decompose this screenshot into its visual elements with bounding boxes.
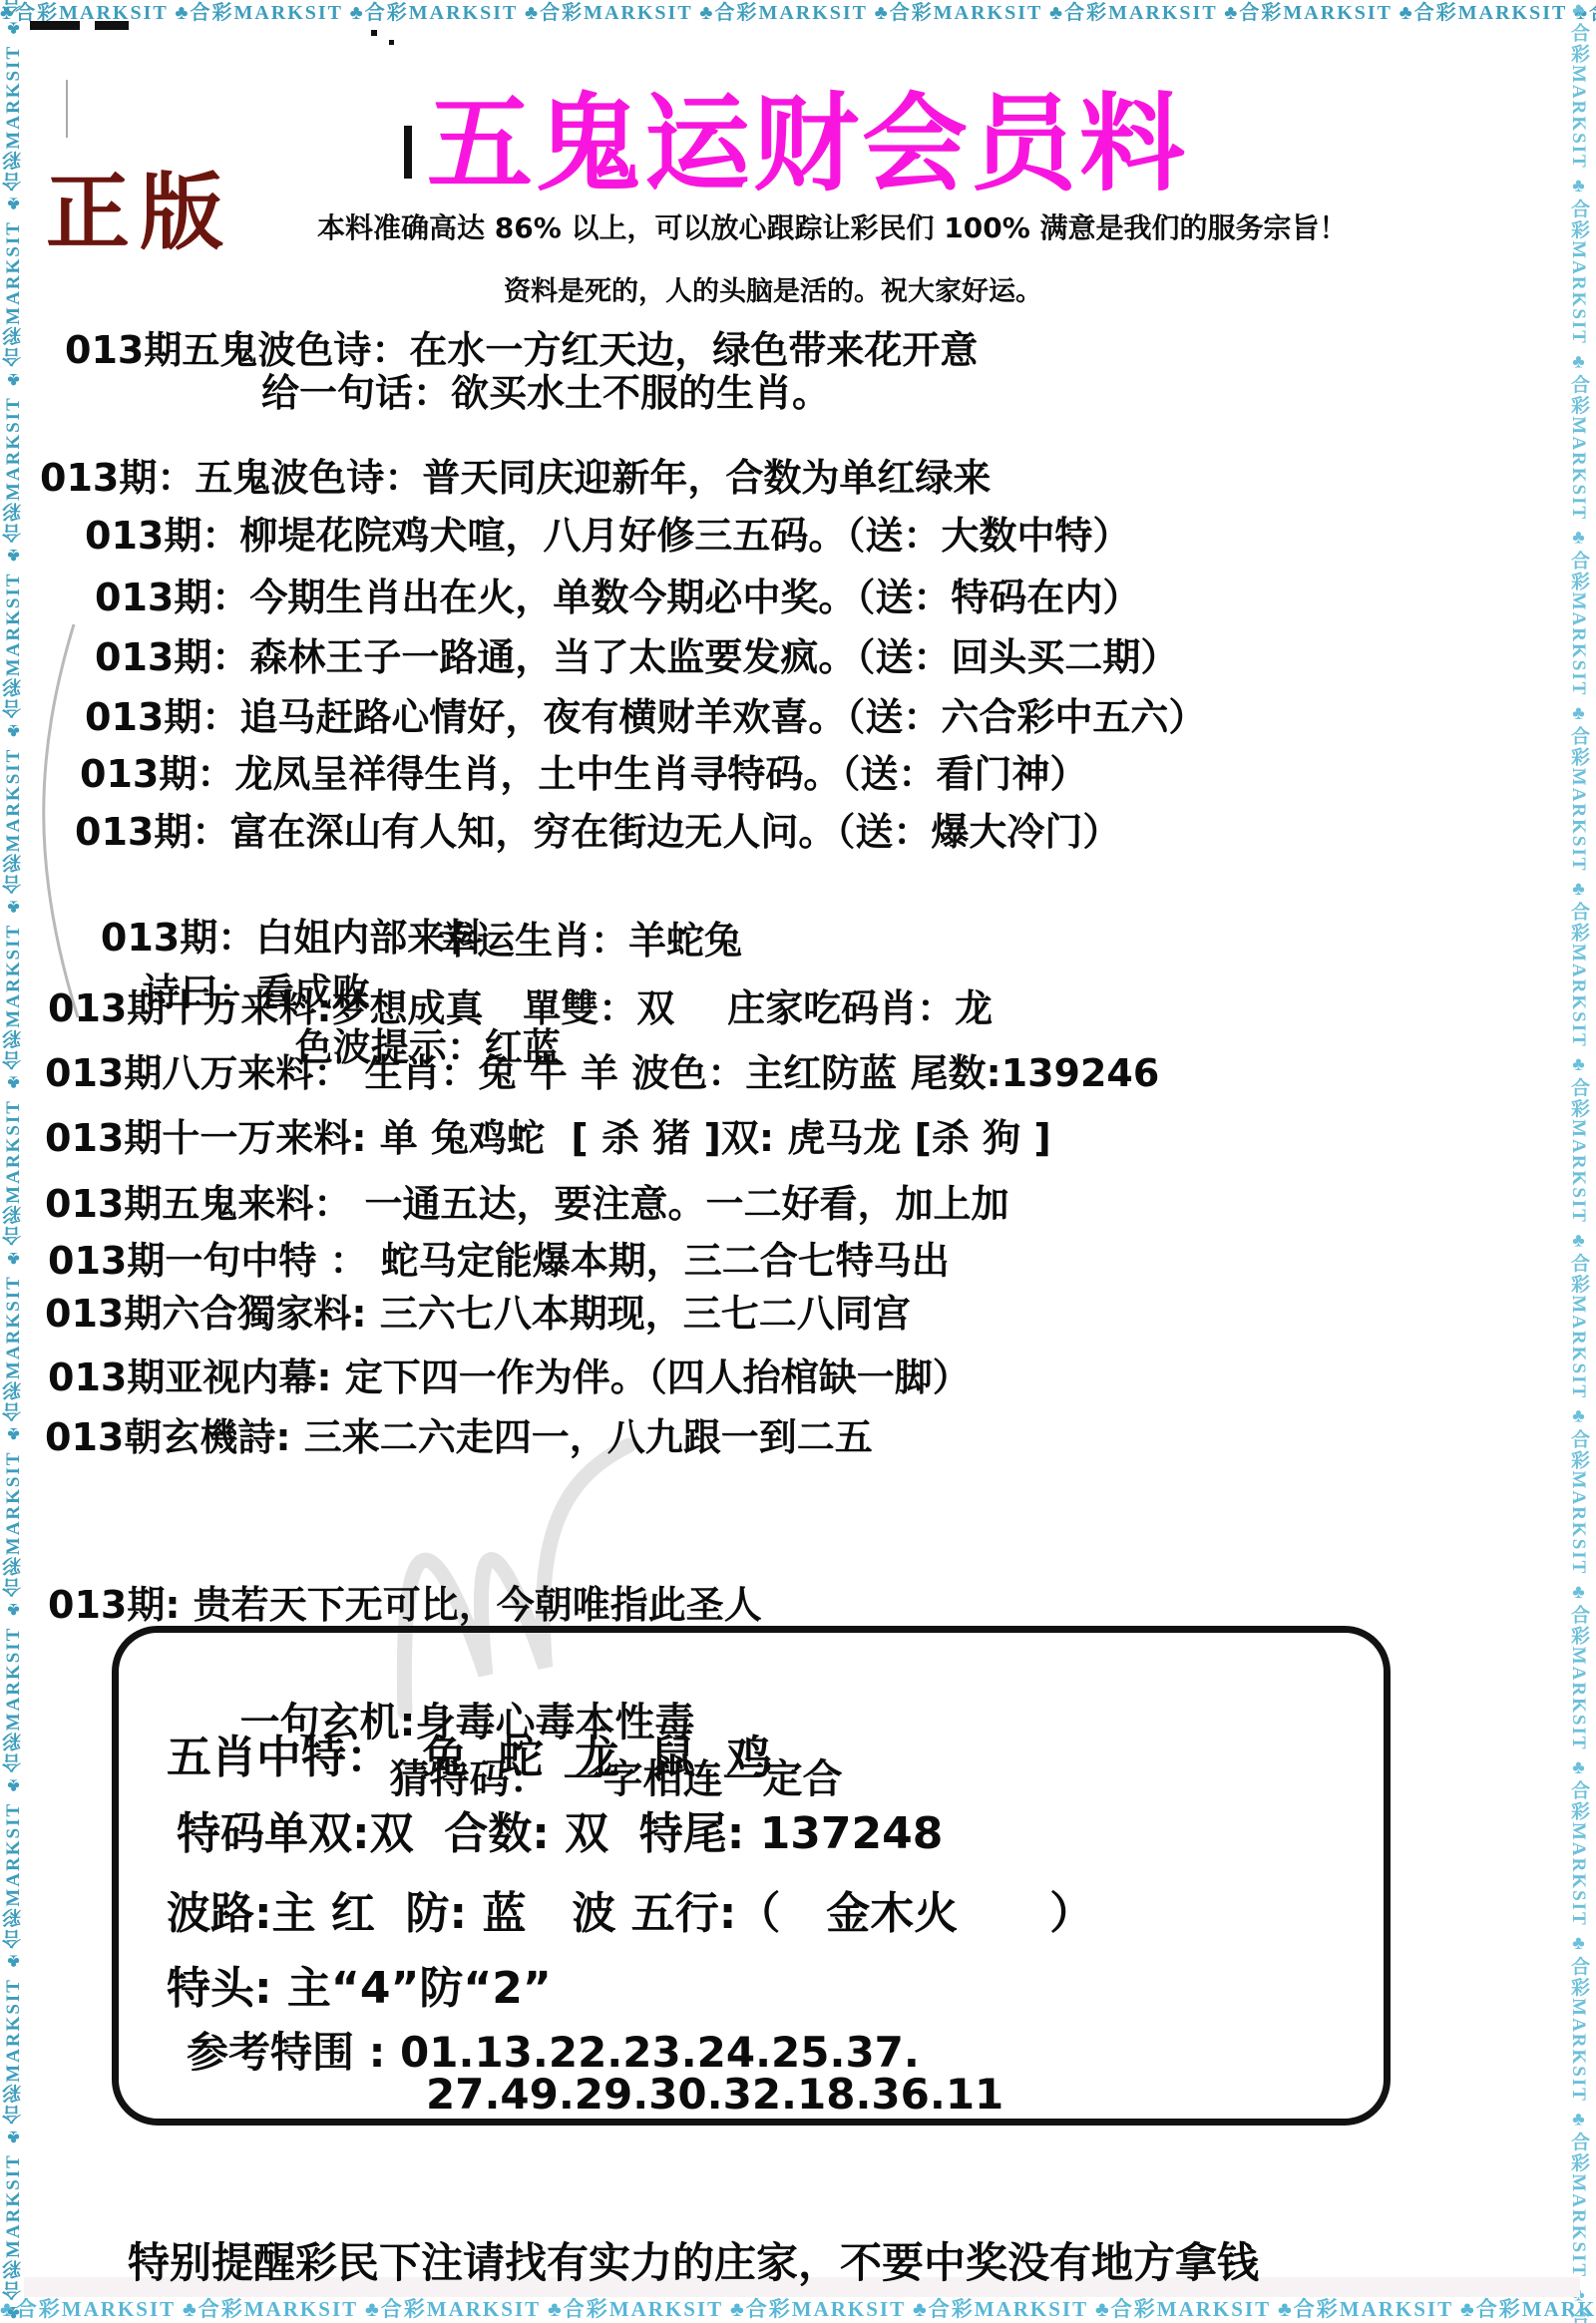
motto: 资料是死的，人的头脑是活的。祝大家好运。	[504, 269, 1042, 308]
poem-line-jinqi: 013期：今期生肖出在火，单数今期必中奖。（送：特码在内）	[95, 567, 1140, 621]
poem-line-zhuima: 013期：追马赶路心情好，夜有横财羊欢喜。（送：六合彩中五六）	[85, 686, 1206, 741]
lucky-zodiac-line: 幸运生肖：羊蛇兔	[439, 910, 742, 965]
poem-line-senlin: 013期：森林王子一路通，当了太监要发疯。（送：回头买二期）	[95, 626, 1178, 681]
insider-label: 013期：白姐内部来料	[101, 916, 483, 960]
edition-label: 正版	[46, 146, 233, 266]
print-artifact-dash-1	[30, 21, 80, 30]
line-wugui: 013期五鬼来料： 一通五达，要注意。一二好看，加上加	[45, 1173, 1009, 1228]
box-bolu: 波路:主 红 防: 蓝 波 五行:（ 金木火 ）	[167, 1877, 1093, 1941]
line-yashi: 013期亚视内幕: 定下四一作为伴。（四人抬棺缺一脚）	[48, 1347, 971, 1401]
line-110k: 013期十一万来料: 单 兔鸡蛇 [ 杀 猪 ]双: 虎马龙 [杀 狗 ]	[45, 1107, 1051, 1162]
tagline: 本料准确高达 86% 以上，可以放心跟踪让彩民们 100% 满意是我们的服务宗旨…	[317, 206, 1348, 246]
box-danshuang: 特码单双:双 合数: 双 特尾: 137248	[177, 1797, 943, 1861]
line-guiruo: 013期: 贵若天下无可比，今朝唯指此圣人	[48, 1574, 762, 1629]
box-five-xiao: 五肖中特： 兔 蛇 龙 鼠 鸡	[167, 1721, 772, 1785]
border-right-marksit: ♣合彩MARKSIT ♣合彩MARKSIT ♣合彩MARKSIT ♣合彩MARK…	[1554, 0, 1592, 2323]
border-top-marksit: ♣合彩MARKSIT ♣合彩MARKSIT ♣合彩MARKSIT ♣合彩MARK…	[0, 0, 1596, 27]
border-bottom-marksit: ♣合彩MARKSIT ♣合彩MARKSIT ♣合彩MARKSIT ♣合彩MARK…	[0, 2297, 1596, 2323]
special-predictions-box: 一句玄机:身毒心毒本性毒 猜特码： 一字相连一定合 五肖中特： 兔 蛇 龙 鼠 …	[112, 1626, 1391, 2126]
print-artifact-grayline	[66, 80, 68, 138]
line-100k: 013期十万来料:梦想成真 單雙：双 庄家吃码肖：龙	[48, 977, 993, 1032]
print-artifact-dash-2	[95, 21, 129, 30]
line-xuanji: 013朝玄機詩: 三来二六走四一，八九跟一到二五	[45, 1406, 873, 1461]
title-tick-mark	[404, 126, 412, 179]
bose-poem-line-3: 013期：五鬼波色诗：普天同庆迎新年，合数为单红绿来	[40, 447, 991, 502]
border-left-marksit: ♣合彩MARKSIT ♣合彩MARKSIT ♣合彩MARKSIT ♣合彩MARK…	[0, 0, 24, 2323]
print-artifact-dot-2	[389, 40, 394, 45]
line-80k: 013期八万来料： 生肖：兔 牛 羊 波色：主红防蓝 尾数:139246	[45, 1042, 1159, 1097]
page-root: ♣合彩MARKSIT ♣合彩MARKSIT ♣合彩MARKSIT ♣合彩MARK…	[0, 0, 1596, 2323]
box-ref-line2: 27.49.29.30.32.18.36.11	[426, 2070, 1003, 2119]
line-liuhe: 013期六合獨家料: 三六七八本期现，三七二八同宫	[45, 1283, 911, 1338]
poem-line-longfeng: 013期：龙凤呈祥得生肖，土中生肖寻特码。（送：看门神）	[80, 743, 1087, 798]
print-artifact-dot-1	[371, 30, 377, 36]
page-title: 五鬼运财会员料	[427, 60, 1188, 211]
box-tetou: 特头: 主“4”防“2”	[167, 1952, 552, 2016]
poem-line-fuzai: 013期：富在深山有人知，穷在街边无人问。（送：爆大冷门）	[75, 801, 1120, 856]
footer-warning: 特别提醒彩民下注请找有实力的庄家，不要中奖没有地方拿钱	[128, 2230, 1259, 2290]
poem-line-liudi: 013期：柳堤花院鸡犬喧，八月好修三五码。（送：大数中特）	[85, 505, 1130, 560]
bose-poem-line-2: 给一句话：欲买水土不服的生肖。	[261, 362, 830, 417]
line-yiju: 013期一句中特 ： 蛇马定能爆本期，三二合七特马出	[48, 1230, 950, 1285]
